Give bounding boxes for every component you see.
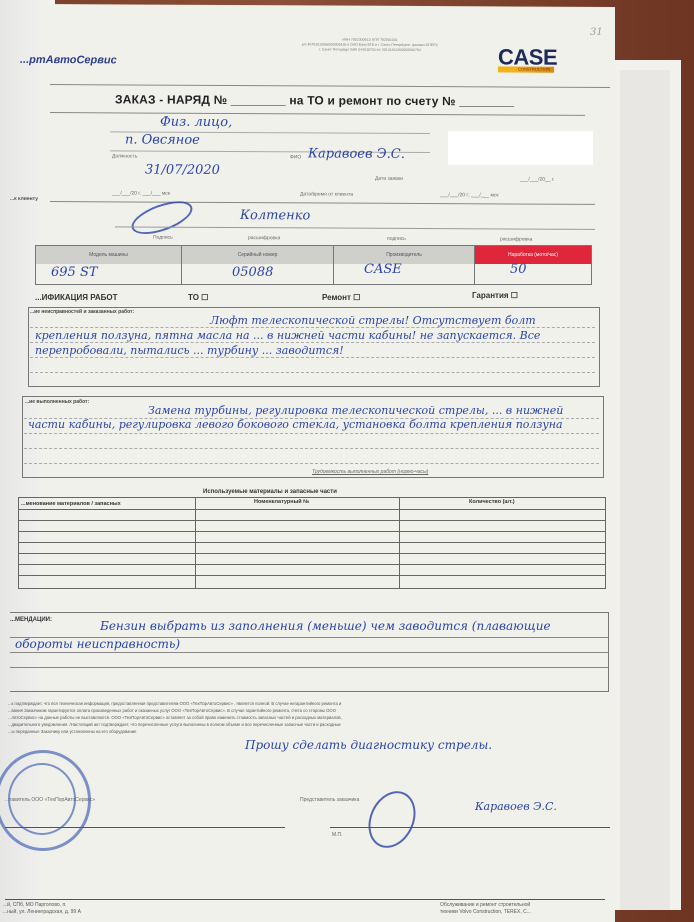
company-signature-line [5,827,285,828]
position-label: Должность [112,153,137,159]
decoding-label-2: расшифровка [500,236,532,242]
recommendations-text: Бензин выбрать из заполнения (меньше) че… [15,617,605,653]
signature-line [115,226,595,230]
ruled-line [10,667,608,668]
dashed-line [24,463,599,464]
redacted-phone [448,131,593,165]
disclaimer-line: ...АвтоСервис» на данные работы не выста… [8,714,588,721]
performed-works-text: Замена турбины, регулировка телескопичес… [28,404,598,432]
materials-table: ...менование материалов / запасных Номен… [18,497,606,589]
disclaimer-line: ...дварительного уведомления. /Настоящий… [8,721,588,728]
dashed-line [24,448,599,449]
machine-model-header: Модель машины [36,246,182,264]
labor-hours-label: Трудоемкость выполненных работ (нормо-ча… [312,469,428,475]
from-client-label: Дата/время от клиента [300,191,353,197]
divider [50,84,610,88]
request-date-label: Дата заявки [375,176,403,182]
operating-hours-value: 50 [510,262,527,277]
serial-number-value: 05088 [232,265,273,280]
materials-name-header: ...менование материалов / запасных [21,501,121,507]
work-classification-label: ...ИФИКАЦИЯ РАБОТ [35,293,118,302]
repair-checkbox[interactable]: Ремонт ☐ [322,293,360,302]
disclaimer-text: ...к подтверждает, что вся техническая и… [8,700,588,735]
table-row [19,531,605,532]
dashed-line [24,433,599,434]
materials-title: Используемые материалы и запасные части [203,489,337,495]
to-option: ТО [188,293,199,302]
customer-rep-label: Представитель заказчика [300,797,359,803]
table-row [19,575,605,576]
footer-address: ...й, СПб, МО Парголово, п. ...ный, ул. … [3,902,203,916]
company-brand: ...ртАвтоСервис [20,54,117,67]
table-row [19,564,605,565]
client-type: Физ. лицо, [160,115,232,130]
table-row [19,542,605,543]
footer-services: Обслуживание и ремонт строительной техни… [440,902,610,916]
decoding-label: расшифровка [248,235,280,241]
from-client-field: ___/___/20 г; ___/___ мск [440,192,499,198]
page-number: 31 [590,27,603,38]
manufacturer-header: Производитель [334,246,475,264]
disclaimer-line: ...ы переданные Заказчику или установлен… [8,728,588,735]
order-date: 31/07/2020 [145,163,220,178]
to-checkbox[interactable]: ТО ☐ [188,293,208,302]
signature-label-2: подпись [387,236,406,242]
departure-label: ...к клиенту [10,196,38,202]
footer-divider [5,899,605,900]
client-fio: Каравоев Э.С. [308,146,405,162]
address-line: ...ный, ул. Ленинградская, д. 99 А [3,909,203,916]
requisites-line: г. Санкт-Петербург БИК 044030704 к/с 301… [240,47,500,53]
divider [50,201,595,205]
mp-label: М.П. [332,832,343,838]
machine-model-value: 695 ST [51,265,98,280]
signature-label: Подпись [153,235,173,241]
case-logo-sub: CONSTRUCTION [518,67,550,72]
page-title: ЗАКАЗ - НАРЯД № ________ на ТО и ремонт … [115,92,514,108]
operating-hours-header: Наработка (мото/час) [475,246,591,264]
table-row [19,509,605,510]
machine-info-table: Модель машины Серийный номер Производите… [35,245,592,285]
faults-text: Люфт телескопической стрелы! Отсутствует… [35,313,565,358]
disclaimer-line: ...вания Заказчиком гарантируется оплата… [8,707,588,714]
quantity-header: Количество (шт.) [469,499,515,505]
services-line: Обслуживание и ремонт строительной [440,902,610,909]
request-date-field: ___/___/20__ г. [520,177,555,183]
nomenclature-header: Номенклатурный № [254,499,309,505]
dashed-line [30,372,595,373]
repair-option: Ремонт [322,293,351,302]
manufacturer-value: CASE [364,262,402,277]
client-address: п. Овсяное [125,132,200,147]
services-line: техники Volvo Construction, TEREX, C... [440,909,610,916]
warranty-checkbox[interactable]: Гарантия ☐ [472,291,518,300]
disclaimer-line: ...к подтверждает, что вся техническая и… [8,700,588,707]
warranty-option: Гарантия [472,291,509,300]
address-line: ...й, СПб, МО Парголово, п. [3,902,203,909]
table-row [19,553,605,554]
departure-field: ___/___/20 г. ___/___ мск [112,190,170,196]
customer-signature-name: Каравоев Э.С. [475,800,557,813]
fio-label: ФИО [290,154,301,160]
serial-number-header: Серийный номер [182,246,334,264]
divider [50,112,585,116]
customer-note: Прошу сделать диагностику стрелы. [245,738,492,752]
company-rep-label: ...тавитель ООО «ТехПорАвтоСервис» [5,797,95,803]
signature-name: Колтенко [240,208,310,223]
company-requisites: ИНН 7802300911/ КПП 782001001 р/с 407028… [240,37,500,53]
table-row [19,520,605,521]
